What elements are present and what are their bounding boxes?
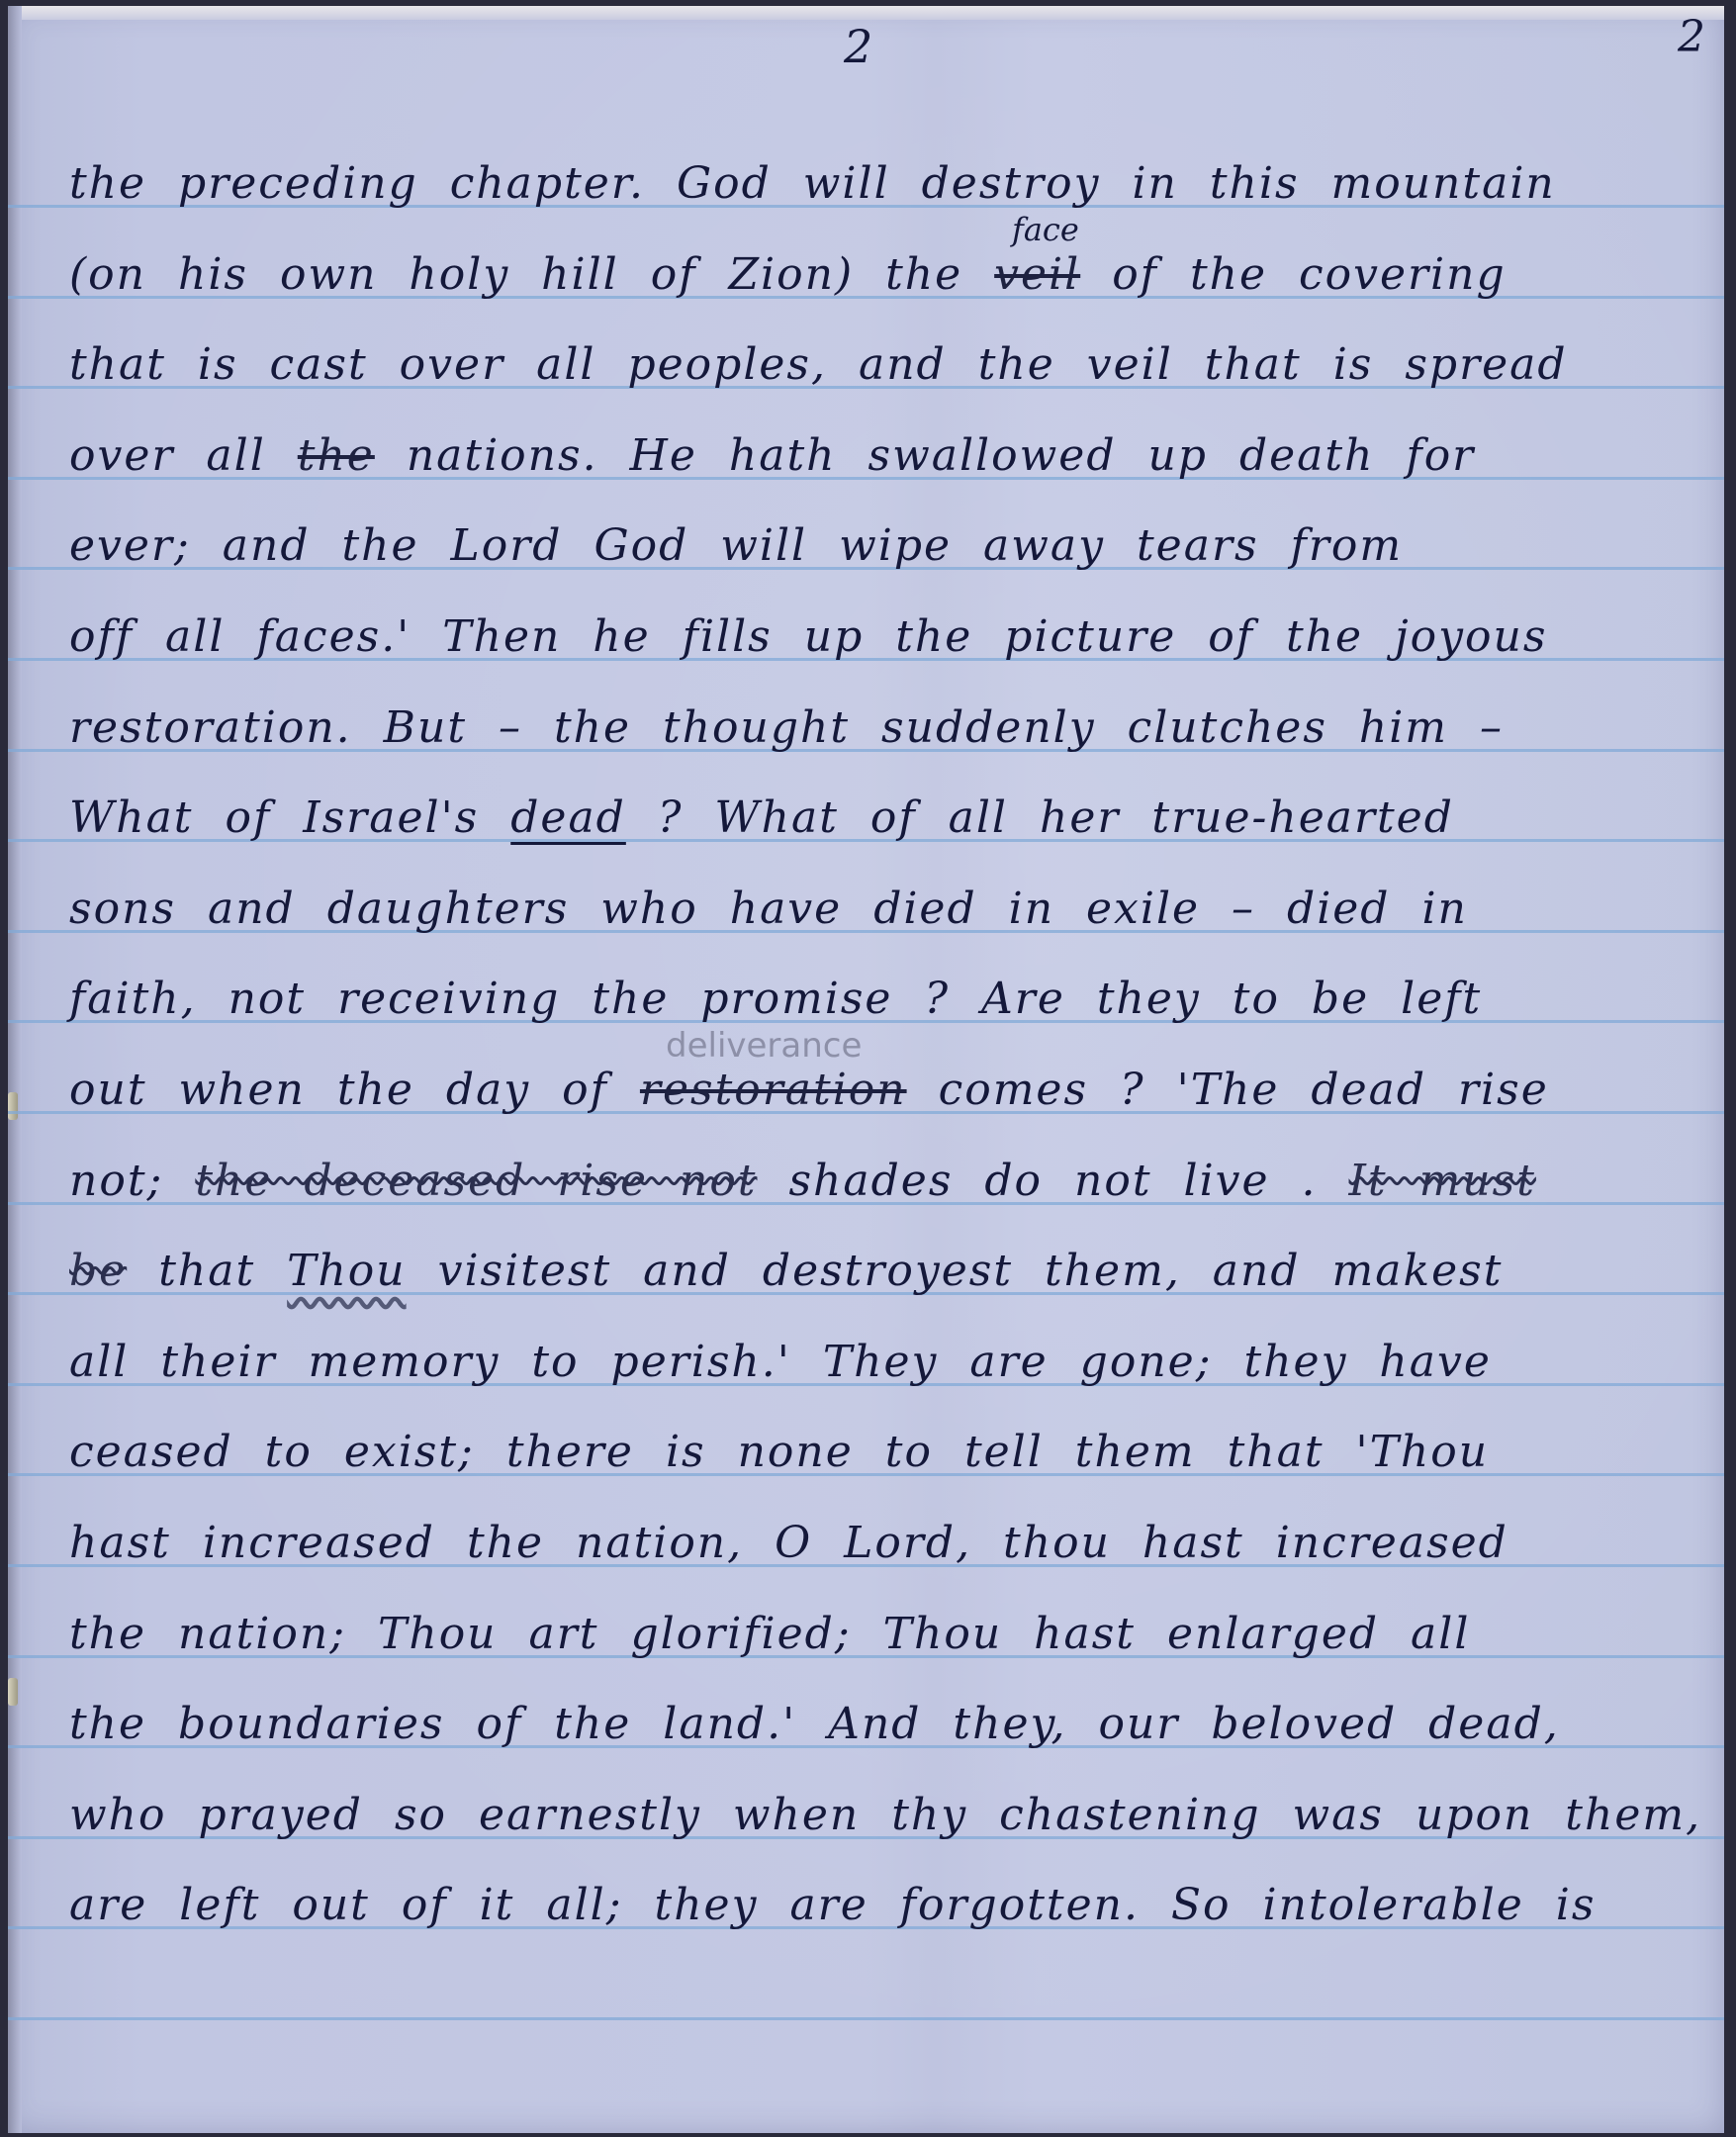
manuscript-line: ceased to exist; there is none to tell t… <box>69 1428 1691 1477</box>
line-text: restoration. But – the thought suddenly … <box>69 702 1504 753</box>
line-text: nations. He hath swallowed up death for <box>375 430 1475 481</box>
manuscript-line: not; the deceased rise not shades do not… <box>69 1157 1691 1206</box>
ink-insertion: face <box>1012 211 1079 248</box>
manuscript-line: the boundaries of the land.' And they, o… <box>69 1700 1691 1749</box>
binding-staple <box>8 1678 18 1706</box>
manuscript-page: 2 2 the preceding chapter. God will dest… <box>8 6 1724 2133</box>
pencil-insertion: deliverance <box>666 1026 862 1066</box>
line-text: sons and daughters who have died in exil… <box>69 883 1468 934</box>
line-text: off all faces.' Then he fills up the pic… <box>69 611 1547 662</box>
manuscript-line: the preceding chapter. God will destroy … <box>69 159 1691 209</box>
line-text: that is cast over all peoples, and the v… <box>69 339 1568 390</box>
page-top-fold <box>8 6 1724 20</box>
line-text: ? What of all her true-hearted <box>626 792 1454 843</box>
scribble-text: be <box>69 1246 127 1296</box>
manuscript-line: who prayed so earnestly when thy chasten… <box>69 1791 1691 1840</box>
underlined-text: dead <box>510 792 626 843</box>
line-text: that <box>127 1246 287 1296</box>
line-text: What of Israel's <box>69 792 510 843</box>
line-text: all their memory to perish.' They are go… <box>69 1337 1492 1387</box>
line-text: of the covering <box>1080 249 1506 300</box>
manuscript-line: hast increased the nation, O Lord, thou … <box>69 1519 1691 1568</box>
line-text: the preceding chapter. God will destroy … <box>69 158 1556 209</box>
line-text: comes ? 'The dead rise <box>907 1065 1549 1115</box>
manuscript-line: all their memory to perish.' They are go… <box>69 1338 1691 1387</box>
line-text: over all <box>69 430 298 481</box>
line-text: are left out of it all; they are forgott… <box>69 1880 1596 1930</box>
manuscript-line: restoration. But – the thought suddenly … <box>69 703 1691 753</box>
line-text: faith, not receiving the promise ? Are t… <box>69 974 1482 1024</box>
notebook-spine <box>8 6 22 2133</box>
page-number-corner: 2 <box>1678 12 1705 62</box>
line-text: the boundaries of the land.' And they, o… <box>69 1699 1560 1749</box>
line-text: shades do not live . <box>757 1156 1348 1206</box>
line-text: hast increased the nation, O Lord, thou … <box>69 1518 1508 1568</box>
struck-text: restoration <box>640 1065 907 1115</box>
line-text: visitest and destroyest them, and makest <box>407 1246 1504 1296</box>
manuscript-line: be that Thou visitest and destroyest the… <box>69 1247 1691 1296</box>
line-text: who prayed so earnestly when thy chasten… <box>69 1790 1701 1840</box>
page-number-center: 2 <box>844 20 872 73</box>
line-text: (on his own holy hill of Zion) the <box>69 249 994 300</box>
line-text: ceased to exist; there is none to tell t… <box>69 1427 1489 1477</box>
manuscript-line: sons and daughters who have died in exil… <box>69 884 1691 934</box>
line-text: not; <box>69 1156 195 1206</box>
ruled-line <box>8 2017 1724 2020</box>
manuscript-line: faith, not receiving the promise ? Are t… <box>69 975 1691 1024</box>
line-text: the nation; Thou art glorified; Thou has… <box>69 1609 1470 1659</box>
manuscript-line: that is cast over all peoples, and the v… <box>69 340 1691 390</box>
binding-staple <box>8 1092 18 1120</box>
manuscript-line: out when the day of restoration comes ? … <box>69 1066 1691 1115</box>
manuscript-line: ever; and the Lord God will wipe away te… <box>69 521 1691 571</box>
line-text: ever; and the Lord God will wipe away te… <box>69 520 1403 571</box>
scribble-text: the deceased rise not <box>195 1156 757 1206</box>
struck-text: veil <box>994 249 1080 300</box>
manuscript-line: are left out of it all; they are forgott… <box>69 1881 1691 1930</box>
manuscript-line: What of Israel's dead ? What of all her … <box>69 793 1691 843</box>
manuscript-line: (on his own holy hill of Zion) the veil … <box>69 250 1691 300</box>
scribble-text: It must <box>1349 1156 1536 1206</box>
manuscript-line: off all faces.' Then he fills up the pic… <box>69 612 1691 662</box>
wavy-underlined-text: Thou <box>287 1246 407 1296</box>
struck-text: the <box>298 430 375 481</box>
manuscript-line: over all the nations. He hath swallowed … <box>69 431 1691 481</box>
manuscript-line: the nation; Thou art glorified; Thou has… <box>69 1610 1691 1659</box>
line-text: out when the day of <box>69 1065 640 1115</box>
